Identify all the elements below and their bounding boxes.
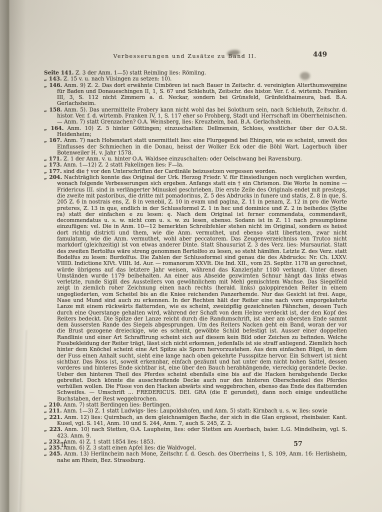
page-number: 449 (307, 51, 333, 59)
entry-text: Anm. 9) Z. 2. Das dort erwähnte Cimbören… (57, 82, 347, 106)
entry-page-ref: „ 245. (44, 451, 62, 457)
entry-text: Anm. 5). Das unermittelte Frobery kann n… (57, 107, 347, 125)
volume-signature: II. (61, 441, 68, 449)
running-header: Verbesserungen und Zusätze zu Band II. (45, 53, 325, 60)
scanned-book-page: Verbesserungen und Zusätze zu Band II. 4… (0, 0, 382, 512)
entry-page-ref: „ 146. (44, 82, 62, 88)
entry-page-ref: „ 211. (44, 408, 62, 414)
entry-page-ref: „ 158. (44, 107, 62, 113)
errata-entry: „ 245. Anm. 13) Herlincheim nach Mone, Z… (44, 451, 347, 463)
errata-entry: „ 221. Anm. 12) lies: Quirnbach, an dem … (44, 414, 347, 426)
page-content: Verbesserungen und Zusätze zu Band II. 4… (0, 0, 382, 512)
entry-text: Anm. 10) Z. 5 hinter Göttingen; einzusch… (57, 125, 347, 137)
errata-entry: „ 204. Nachträglich konnte das Original … (44, 175, 347, 402)
entry-text: Nachträglich konnte das Original der Urk… (57, 175, 347, 402)
errata-entry: „ 164. Anm. 10) Z. 5 hinter Göttingen; e… (44, 125, 347, 137)
entry-page-ref: „ 177. (44, 168, 62, 174)
entry-text: Anm. 10) nach Stetten, O.A. Laupheim, li… (57, 427, 347, 439)
entry-text: Anm. 13) Herlincheim nach Mone, Zeitschr… (57, 451, 347, 463)
entry-page-ref: „ 173. (44, 162, 62, 168)
entry-page-ref: „ 167. (44, 138, 62, 144)
entry-page-ref: „ 221. (44, 414, 62, 420)
entry-text: Anm. 7) nach Hohenstart statt unermittel… (57, 138, 347, 156)
errata-entry: „ 223. Anm. 10) nach Stetten, O.A. Lauph… (44, 427, 347, 439)
entry-text: Anm. 12) lies: Quirnbach, an dem gleichn… (57, 414, 347, 426)
sheet-number: 57 (288, 440, 308, 448)
errata-entry: „ 167. Anm. 7) nach Hohenstart statt une… (44, 138, 347, 156)
errata-entry: „ 158. Anm. 5). Das unermittelte Frobery… (44, 107, 347, 125)
entry-page-ref: „ 164. (44, 125, 64, 131)
entry-text: Z. 15 v. u. nach Vilsingen zu setzen: 10… (63, 76, 171, 82)
errata-list: Seite 141. Z. 3 der Anm. 1—5) statt Reim… (44, 70, 347, 464)
entry-page-ref: „ 223. (44, 427, 62, 433)
entry-text: Anm. 1—12) Z. 2 statt Fakelingen lies: F… (63, 162, 183, 168)
entry-page-ref: „ 232. (44, 439, 62, 445)
entry-text: Anm. 1—3) Z. 1 statt Ludwigs- lies: Laup… (63, 408, 327, 414)
entry-text: sind die † vor den Unterschriften der Ca… (63, 168, 276, 174)
entry-page-ref: „ 143. (44, 76, 62, 82)
entry-text: Anm. 4) Z. 1 statt 1854 lies: 1853. (63, 439, 155, 445)
entry-page-ref: „ 204. (44, 175, 62, 181)
errata-entry: „ 146. Anm. 9) Z. 2. Das dort erwähnte C… (44, 82, 347, 107)
